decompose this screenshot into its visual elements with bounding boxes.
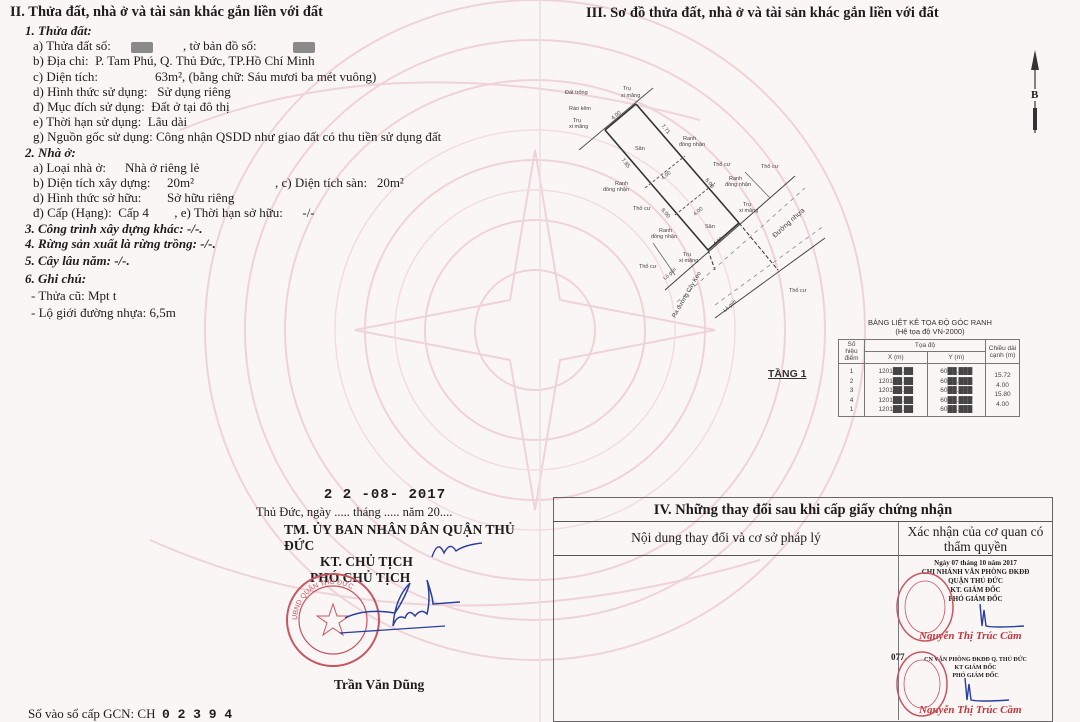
origin-value: Công nhận QSDD như giao đất có thu tiền …	[156, 129, 441, 144]
svg-text:Thổ cư: Thổ cư	[633, 205, 651, 212]
confirm1-signature	[960, 596, 1030, 636]
purpose-label: đ) Mục đích sử dụng:	[33, 99, 145, 114]
area-value: 63m², (bằng chữ: Sáu mươi ba mét vuông)	[155, 69, 376, 84]
place-date: Thủ Đức, ngày ..... tháng ..... năm 20..…	[250, 505, 540, 520]
table-cell: 3	[841, 386, 862, 396]
term-label: e) Thời hạn sử dụng:	[33, 114, 141, 129]
floor-area-value: 20m²	[377, 175, 404, 190]
house-type-label: a) Loại nhà ở:	[33, 160, 125, 175]
registry-number: Số vào sổ cấp GCN: CH 0 2 3 9 4	[28, 706, 232, 722]
notes-heading: 6. Ghi chú:	[25, 271, 441, 286]
use-form-row: d) Hình thức sử dụng: Sử dụng riêng	[25, 84, 441, 99]
build-area-value: 20m²	[167, 175, 275, 190]
th-coords: Tọa độ	[865, 340, 986, 352]
build-area-row: b) Diện tích xây dựng:20m², c) Diện tích…	[25, 175, 441, 190]
svg-text:Lộ giới: Lộ giới	[722, 299, 737, 314]
confirm1-date: Ngày 07 tháng 10 năm 2017	[899, 559, 1052, 568]
note-item: - Thửa cũ: Mpt t	[25, 288, 441, 303]
house-heading: 2. Nhà ở:	[25, 145, 441, 160]
table-cell: 1201██.██	[867, 386, 925, 396]
coord-table-title: BẢNG LIỆT KÊ TỌA ĐỘ GÓC RANH	[838, 318, 1022, 327]
section-2-title: II. Thửa đất, nhà ở và tài sản khác gắn …	[10, 4, 323, 21]
land-info: 1. Thửa đất: a) Thửa đất số:, tờ bản đồ …	[25, 23, 441, 320]
changes-content-column: Nội dung thay đổi và cơ sở pháp lý	[554, 522, 899, 720]
origin-label: g) Nguồn gốc sử dụng:	[33, 129, 153, 144]
svg-text:đồng nhận: đồng nhận	[603, 187, 629, 193]
use-form-value: Sử dụng riêng	[157, 84, 231, 99]
svg-text:xi măng: xi măng	[621, 93, 640, 99]
col-confirm-header: Xác nhận của cơ quan có thẩm quyền	[899, 522, 1052, 556]
table-cell: 60██.███	[930, 405, 983, 415]
own-term-label: , e) Thời hạn sở hữu:	[174, 205, 283, 220]
table-cell: 4.00	[988, 381, 1017, 391]
col-content-header: Nội dung thay đổi và cơ sở pháp lý	[554, 522, 898, 556]
y-column: 60██.███60██.███60██.███60██.███60██.███	[927, 364, 985, 417]
svg-text:8.00: 8.00	[659, 207, 670, 219]
table-cell: 15.80	[988, 390, 1017, 400]
length-column: 15.724.0015.804.00	[986, 364, 1020, 417]
build-area-label: b) Diện tích xây dựng:	[33, 175, 167, 190]
use-form-label: d) Hình thức sử dụng:	[33, 84, 147, 99]
house-type-value: Nhà ở riêng lẻ	[125, 160, 199, 175]
table-cell: 1201██.██	[867, 405, 925, 415]
table-cell: 1	[841, 405, 862, 415]
house-type-row: a) Loại nhà ở:Nhà ở riêng lẻ	[25, 160, 441, 175]
svg-text:Thổ cư: Thổ cư	[789, 287, 807, 294]
svg-text:Lộ giới: Lộ giới	[662, 267, 677, 282]
registry-label: Số vào sổ cấp GCN: CH	[28, 706, 155, 721]
table-cell: 4.00	[988, 400, 1017, 410]
table-cell: 60██.███	[930, 386, 983, 396]
coordinate-table: Số hiệu điểm Tọa độ Chiều dài cạnh (m) X…	[838, 339, 1020, 417]
th-length: Chiều dài cạnh (m)	[986, 340, 1020, 364]
office-stamp-2-icon	[895, 648, 950, 720]
perennial: 5. Cây lâu năm: -/-.	[25, 253, 441, 268]
north-label: B	[1031, 89, 1038, 101]
svg-text:Thổ cư: Thổ cư	[639, 263, 657, 270]
diagram-label-wall: Đất trống	[565, 90, 588, 96]
svg-text:4.00: 4.00	[660, 170, 672, 181]
svg-text:Thổ cư: Thổ cư	[713, 161, 731, 168]
svg-text:4.00: 4.00	[692, 206, 704, 217]
section-4-title: IV. Những thay đổi sau khi cấp giấy chứn…	[554, 498, 1052, 522]
office-stamp-1-icon	[895, 570, 955, 645]
signer-name-text: Trần Văn Dũng	[334, 677, 424, 692]
issuing-org: TM. ỦY BAN NHÂN DÂN QUẬN THỦ ĐỨC	[250, 522, 540, 554]
svg-text:Trụ: Trụ	[623, 86, 631, 92]
th-point: Số hiệu điểm	[839, 340, 865, 364]
parcel-diagram: Đất trống Rào kẽm Trụxi măng Trụxi măng …	[560, 80, 830, 320]
table-cell: 1201██.██	[867, 367, 925, 377]
purpose-value: Đất ở tại đô thị	[151, 99, 229, 114]
area-row: c) Diện tích:63m², (bằng chữ: Sáu mươi b…	[25, 69, 441, 84]
redacted-parcel-no	[131, 42, 153, 53]
svg-text:đồng nhận: đồng nhận	[679, 142, 705, 148]
point-column: 12341	[839, 364, 865, 417]
ownership-value: Sở hữu riêng	[167, 190, 234, 205]
ownership-row: d) Hình thức sở hữu:Sở hữu riêng	[25, 190, 441, 205]
svg-text:xi măng: xi măng	[569, 124, 588, 130]
svg-text:Sân: Sân	[705, 224, 715, 230]
address-label: b) Địa chỉ:	[33, 53, 89, 68]
signature-drawing	[335, 578, 465, 648]
table-cell: 1201██.██	[867, 377, 925, 387]
coordinate-table-block: BẢNG LIỆT KÊ TỌA ĐỘ GÓC RANH (Hệ tọa độ …	[838, 318, 1022, 417]
land-heading: 1. Thửa đất:	[25, 23, 441, 38]
x-column: 1201██.██1201██.██1201██.██1201██.██1201…	[865, 364, 928, 417]
section-2: II. Thửa đất, nhà ở và tài sản khác gắn …	[10, 4, 323, 21]
redacted-map-sheet	[293, 42, 315, 53]
origin-row: g) Nguồn gốc sử dụng: Công nhận QSDD như…	[25, 129, 441, 144]
th-x: X (m)	[865, 352, 928, 364]
svg-text:Thổ cư: Thổ cư	[761, 163, 779, 170]
table-cell: 2	[841, 377, 862, 387]
term-value: Lâu dài	[148, 114, 187, 129]
grade-row: đ) Cấp (Hạng): Cấp 4, e) Thời hạn sở hữu…	[25, 205, 441, 220]
area-label: c) Diện tích:	[33, 69, 155, 84]
section-3-title: III. Sơ đồ thửa đất, nhà ở và tài sản kh…	[586, 5, 939, 22]
grade-label: đ) Cấp (Hạng):	[33, 205, 112, 220]
note-item: - Lộ giới đường nhựa: 6,5m	[25, 305, 441, 320]
address-value: P. Tam Phú, Q. Thủ Đức, TP.Hồ Chí Minh	[95, 53, 315, 68]
map-sheet-label: , tờ bản đồ số:	[183, 38, 257, 53]
parcel-no-label: a) Thửa đất số:	[33, 38, 111, 53]
initials-signature	[428, 535, 488, 565]
svg-text:xi măng: xi măng	[679, 258, 698, 264]
stamp-date: 2 2 -08- 2017	[230, 487, 540, 503]
signer-name: Trần Văn Dũng	[334, 676, 424, 694]
svg-text:Ra đường Cây Keo: Ra đường Cây Keo	[672, 270, 704, 319]
table-cell: 60██.███	[930, 396, 983, 406]
confirm2-signature	[945, 672, 1015, 712]
table-cell: 60██.███	[930, 377, 983, 387]
table-cell: 15.72	[988, 371, 1017, 381]
grade-value: Cấp 4	[118, 205, 174, 220]
svg-text:đồng nhận: đồng nhận	[725, 182, 751, 188]
table-cell: 60██.███	[930, 367, 983, 377]
th-y: Y (m)	[927, 352, 985, 364]
parcel-row: a) Thửa đất số:, tờ bản đồ số:	[25, 38, 441, 53]
svg-text:đồng nhận: đồng nhận	[651, 234, 677, 240]
table-cell: 1	[841, 367, 862, 377]
registry-value: 0 2 3 9 4	[162, 707, 232, 722]
svg-text:Sân: Sân	[635, 146, 645, 152]
svg-text:xi măng: xi măng	[739, 208, 758, 214]
other-works: 3. Công trình xây dựng khác: -/-.	[25, 221, 441, 236]
svg-text:Đường nhựa: Đường nhựa	[772, 207, 807, 239]
forest: 4. Rừng sản xuất là rừng trồng: -/-.	[25, 236, 441, 251]
coord-table-subtitle: (Hệ tọa độ VN-2000)	[838, 327, 1022, 336]
svg-text:Rào kẽm: Rào kẽm	[569, 106, 591, 112]
own-term-value: -/-	[302, 205, 314, 220]
table-cell: 4	[841, 396, 862, 406]
floor-area-label: , c) Diện tích sàn:	[275, 175, 367, 190]
table-cell: 1201██.██	[867, 396, 925, 406]
floor-label: TẦNG 1	[768, 368, 807, 380]
purpose-row: đ) Mục đích sử dụng: Đất ở tại đô thị	[25, 99, 441, 114]
address-row: b) Địa chỉ: P. Tam Phú, Q. Thủ Đức, TP.H…	[25, 53, 441, 68]
ownership-label: d) Hình thức sở hữu:	[33, 190, 167, 205]
term-row: e) Thời hạn sử dụng: Lâu dài	[25, 114, 441, 129]
signer-role-1: KT. CHỦ TỊCH	[250, 554, 540, 570]
